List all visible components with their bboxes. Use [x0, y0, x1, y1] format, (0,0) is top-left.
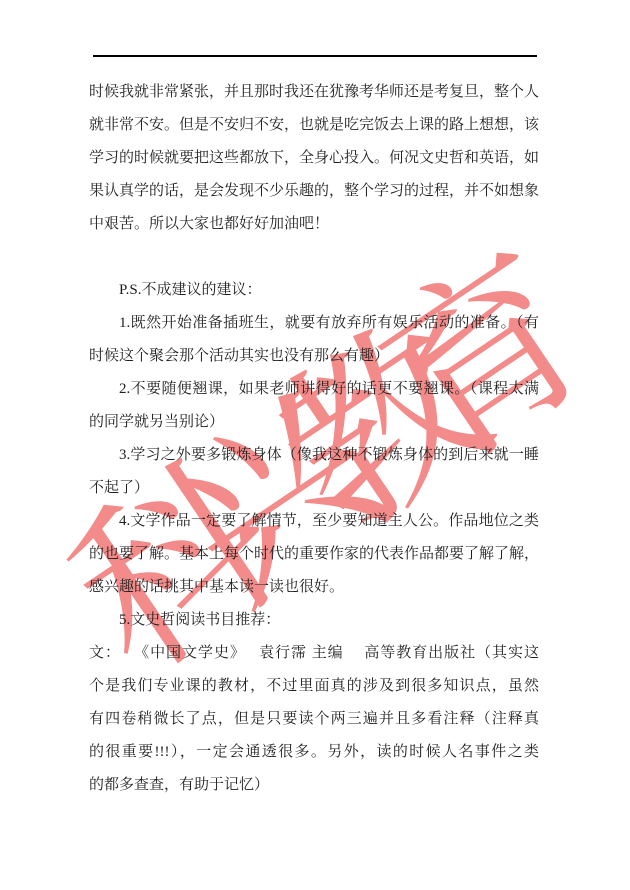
document-body: 时候我就非常紧张，并且那时我还在犹豫考华师还是考复旦，整个人就非常不安。但是不安…	[89, 76, 539, 802]
text-line: 的都多查查，有助于记忆）	[89, 769, 539, 802]
text-line: 不起了）	[89, 472, 539, 505]
text-line: 1.既然开始准备插班生，就要有放弃所有娱乐活动的准备。（有	[89, 307, 539, 340]
text-line: 个是我们专业课的教材，不过里面真的涉及到很多知识点，虽然	[89, 670, 539, 703]
text-line: 的很重要!!!），一定会通透很多。另外，读的时候人名事件之类	[89, 736, 539, 769]
text-line: 果认真学的话，是会发现不少乐趣的，整个学习的过程，并不如想象	[89, 175, 539, 208]
text-line: 5.文史哲阅读书目推荐：	[89, 604, 539, 637]
text-line: 感兴趣的话挑其中基本读一读也很好。	[89, 571, 539, 604]
text-line: 学习的时候就要把这些都放下，全身心投入。何况文史哲和英语，如	[89, 142, 539, 175]
blank-line	[89, 241, 539, 274]
text-line: 时候这个聚会那个活动其实也没有那么有趣）	[89, 340, 539, 373]
header-rule	[93, 55, 537, 57]
text-line: 2.不要随便翘课，如果老师讲得好的话更不要翘课。（课程太满	[89, 373, 539, 406]
text-line: 有四卷稍微长了点，但是只要读个两三遍并且多看注释（注释真	[89, 703, 539, 736]
text-line: P.S.不成建议的建议：	[89, 274, 539, 307]
text-line: 的也要了解。基本上每个时代的重要作家的代表作品都要了解了解，	[89, 538, 539, 571]
text-line: 4.文学作品一定要了解情节，至少要知道主人公。作品地位之类	[89, 505, 539, 538]
text-line: 的同学就另当别论）	[89, 406, 539, 439]
text-line: 文： 《中国文学史》 袁行霈 主编 高等教育出版社（其实这	[89, 637, 539, 670]
text-line: 中艰苦。所以大家也都好好加油吧！	[89, 208, 539, 241]
text-line: 时候我就非常紧张，并且那时我还在犹豫考华师还是考复旦，整个人	[89, 76, 539, 109]
text-line: 就非常不安。但是不安归不安，也就是吃完饭去上课的路上想想，该	[89, 109, 539, 142]
text-line: 3.学习之外要多锻炼身体（像我这种不锻炼身体的到后来就一睡	[89, 439, 539, 472]
document-page: 科兴教育 时候我就非常紧张，并且那时我还在犹豫考华师还是考复旦，整个人就非常不安…	[0, 0, 630, 890]
